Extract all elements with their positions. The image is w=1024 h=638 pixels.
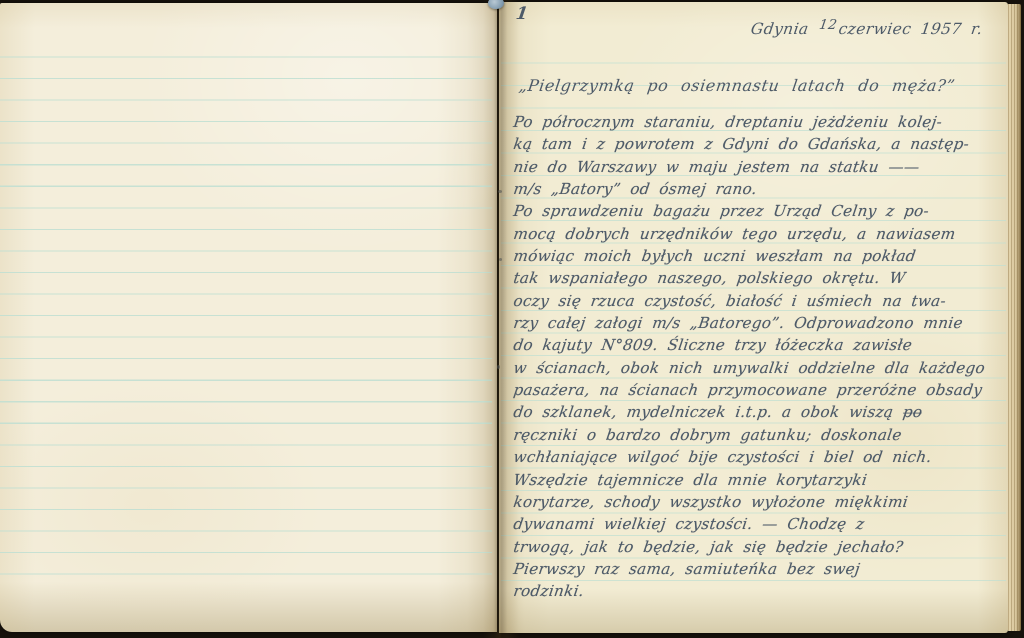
- manuscript-line: pasażera, na ścianach przymocowane przer…: [512, 379, 1009, 401]
- manuscript-line: tak wspaniałego naszego, polskiego okręt…: [512, 267, 1009, 289]
- ruled-lines-left: [0, 36, 492, 579]
- manuscript-line: Pierwszy raz sama, samiuteńka bez swej: [512, 558, 1009, 580]
- manuscript-line: rzy całej załogi m/s „Batorego”. Odprowa…: [512, 312, 1009, 334]
- ink-speck: [497, 365, 500, 369]
- page-number: 1: [515, 4, 530, 24]
- page-edges: [1008, 4, 1021, 631]
- date-rest: czerwiec 1957 r.: [837, 20, 983, 38]
- manuscript-line: ką tam i z powrotem z Gdyni do Gdańska, …: [512, 133, 1009, 155]
- manuscript-line: wchłaniające wilgoć bije czystości i bie…: [512, 446, 1009, 468]
- manuscript-line: korytarze, schody wszystko wyłożone mięk…: [512, 491, 1009, 513]
- date-day: 12: [818, 17, 838, 33]
- manuscript-line: Wszędzie tajemnicze dla mnie korytarzyki: [512, 469, 1009, 491]
- manuscript-line: do szklanek, mydelniczek i.t.p. a obok w…: [512, 401, 1009, 423]
- manuscript-line: w ścianach, obok nich umywalki oddzielne…: [512, 357, 1009, 379]
- manuscript-line: nie do Warszawy w maju jestem na statku …: [512, 156, 1009, 178]
- ink-speck: [499, 258, 502, 261]
- manuscript-body: Po półrocznym staraniu, dreptaniu jeżdże…: [512, 111, 1006, 603]
- entry-title: „Pielgrzymką po osiemnastu latach do męż…: [518, 76, 957, 95]
- right-page: 1 Gdynia12czerwiec 1957 r. „Pielgrzymką …: [499, 2, 1008, 633]
- ink-speck: [498, 190, 502, 193]
- manuscript-line: do kajuty N°809. Śliczne trzy łóżeczka z…: [512, 334, 1009, 356]
- left-page-blank: [0, 3, 497, 632]
- date-line: Gdynia12czerwiec 1957 r.: [750, 20, 1003, 38]
- manuscript-line: ręczniki o bardzo dobrym gatunku; doskon…: [512, 424, 1009, 446]
- manuscript-line: Po sprawdzeniu bagażu przez Urząd Celny …: [512, 200, 1009, 222]
- manuscript-line: m/s „Batory” od ósmej rano.: [512, 178, 1009, 200]
- manuscript-line: oczy się rzuca czystość, białość i uśmie…: [512, 290, 1009, 312]
- date-place: Gdynia: [750, 20, 810, 38]
- manuscript-line: dywanami wielkiej czystości. — Chodzę z: [512, 513, 1009, 535]
- manuscript-line: mocą dobrych urzędników tego urzędu, a n…: [512, 223, 1009, 245]
- manuscript-line: rodzinki.: [512, 580, 1009, 602]
- manuscript-line: trwogą, jak to będzie, jak się będzie je…: [512, 536, 1009, 558]
- manuscript-line: mówiąc moich byłych uczni weszłam na pok…: [512, 245, 1009, 267]
- manuscript-line: Po półrocznym staraniu, dreptaniu jeżdże…: [512, 111, 1009, 133]
- notebook-scan: 1 Gdynia12czerwiec 1957 r. „Pielgrzymką …: [0, 0, 1024, 638]
